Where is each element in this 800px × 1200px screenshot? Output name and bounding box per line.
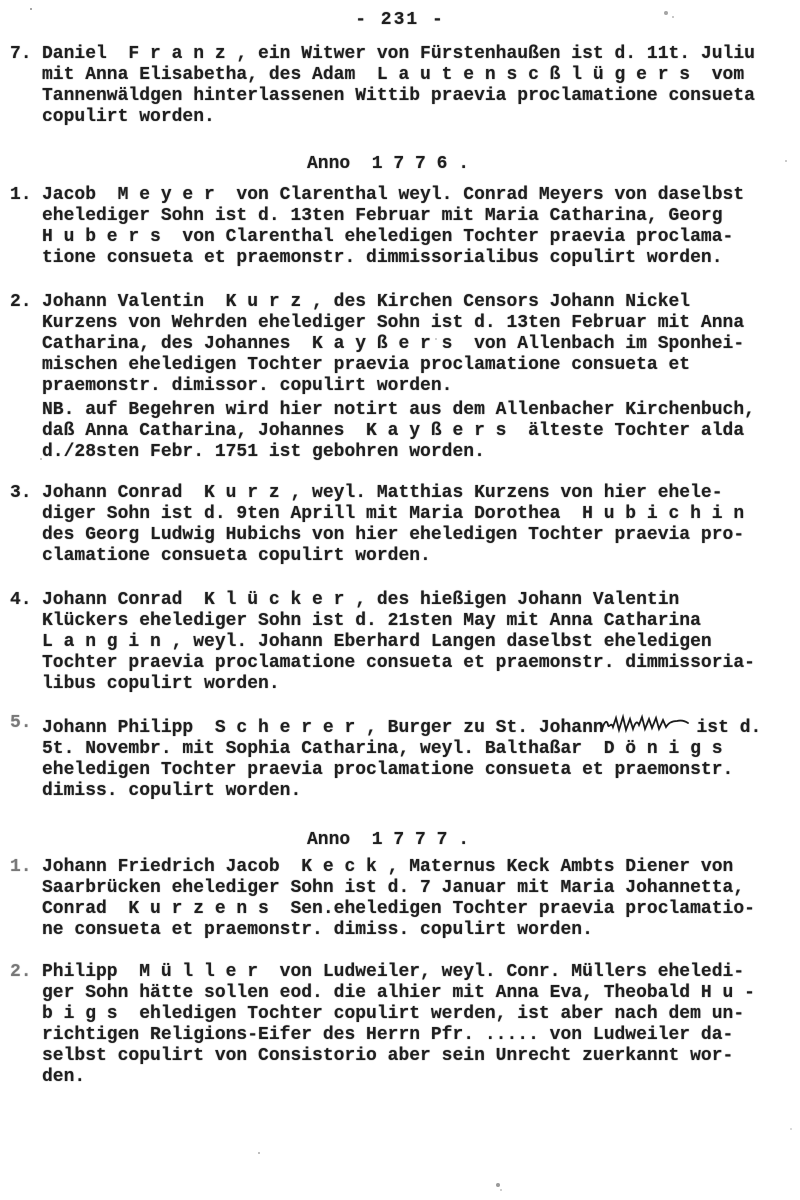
entry-line: Conrad K u r z e n s Sen.eheledigen Toch… [42,899,800,920]
entry-line: Tannenwäldgen hinterlassenen Wittib prae… [42,86,800,107]
entry-number: 2. [10,962,32,983]
nb-line: d./28sten Febr. 1751 ist gebohren worden… [42,442,800,463]
entry-line: H u b e r s von Clarenthal eheledigen To… [42,227,800,248]
entry-line: Jacob M e y e r von Clarenthal weyl. Con… [42,185,800,206]
entry-line: Johann Valentin K u r z , des Kirchen Ce… [42,292,800,313]
entry-line: copulirt worden. [42,107,800,128]
scanned-document-page: - 231 - 7. Daniel F r a n z , ein Witwer… [0,0,800,1200]
marriage-entry: 1. Johann Friedrich Jacob K e c k , Mate… [0,857,800,941]
entry-line: selbst copulirt von Consistorio aber sei… [42,1046,800,1067]
entry-number: 1. [10,185,32,206]
entry-number: 1. [10,857,32,878]
entry-line: praemonstr. dimissor. copulirt worden. [42,376,800,397]
entry-line: ne consueta et praemonstr. dimiss. copul… [42,920,800,941]
entry-line: Johann Conrad K l ü c k e r , des hießig… [42,590,800,611]
entry-line: Kurzens von Wehrden ehelediger Sohn ist … [42,313,800,334]
entry-line: Saarbrücken ehelediger Sohn ist d. 7 Jan… [42,878,800,899]
nb-line: daß Anna Catharina, Johannes K a y ß e r… [42,421,800,442]
entry-line: Klückers ehelediger Sohn ist d. 21sten M… [42,611,800,632]
entry-line: b i g s ehledigen Tochter copulirt werde… [42,1004,800,1025]
marriage-entry: 5. Johann Philipp S c h e r e r , Burger… [0,713,800,802]
entry-line: ger Sohn hätte sollen eod. die alhier mi… [42,983,800,1004]
marriage-entry: 7. Daniel F r a n z , ein Witwer von Für… [0,44,800,128]
scan-noise [30,8,32,10]
page-number: - 231 - [0,10,800,31]
entry-line: tione consueta et praemonstr. dimmissori… [42,248,800,269]
marriage-entry: 2. Johann Valentin K u r z , des Kirchen… [0,292,800,463]
nb-note: NB. auf Begehren wird hier notirt aus de… [42,400,800,463]
entry-line: ehelediger Sohn ist d. 13ten Februar mit… [42,206,800,227]
section-heading-anno-1777: Anno 1 7 7 7 . [0,830,788,851]
entry-line: clamatione consueta copulirt worden. [42,546,800,567]
marriage-entry: 2. Philipp M ü l l e r von Ludweiler, we… [0,962,800,1088]
entry-line-text: Johann Philipp S c h e r e r , Burger zu… [42,718,604,738]
entry-number: 2. [10,292,32,313]
entry-line-text: ist d. [686,718,762,738]
entry-number: 3. [10,483,32,504]
entry-line: Johann Conrad K u r z , weyl. Matthias K… [42,483,800,504]
entry-line: Daniel F r a n z , ein Witwer von Fürste… [42,44,800,65]
entry-line: den. [42,1067,800,1088]
marriage-entry: 1. Jacob M e y e r von Clarenthal weyl. … [0,185,800,269]
entry-line: 5t. Novembr. mit Sophia Catharina, weyl.… [42,739,800,760]
marriage-entry: 4. Johann Conrad K l ü c k e r , des hie… [0,590,800,695]
nb-line: NB. auf Begehren wird hier notirt aus de… [42,400,800,421]
entry-line: Catharina, des Johannes K a y ß e r s vo… [42,334,800,355]
entry-line: Johann Philipp S c h e r e r , Burger zu… [42,713,800,739]
entry-number: 4. [10,590,32,611]
entry-line: mischen eheledigen Tochter praevia procl… [42,355,800,376]
entry-line: dimiss. copulirt worden. [42,781,800,802]
entry-line: Tochter praevia proclamatione consueta e… [42,653,800,674]
entry-line: Johann Friedrich Jacob K e c k , Maternu… [42,857,800,878]
entry-line: Philipp M ü l l e r von Ludweiler, weyl.… [42,962,800,983]
entry-line: diger Sohn ist d. 9ten Aprill mit Maria … [42,504,800,525]
entry-number: 5. [10,713,32,734]
entry-line: richtigen Religions-Eifer des Herrn Pfr.… [42,1025,800,1046]
entry-line: eheledigen Tochter praevia proclamatione… [42,760,800,781]
entry-line: mit Anna Elisabetha, des Adam L a u t e … [42,65,800,86]
entry-line: libus copulirt worden. [42,674,800,695]
marriage-entry: 3. Johann Conrad K u r z , weyl. Matthia… [0,483,800,567]
entry-line: des Georg Ludwig Hubichs von hier eheled… [42,525,800,546]
entry-number: 7. [10,44,32,65]
entry-line: L a n g i n , weyl. Johann Eberhard Lang… [42,632,800,653]
section-heading-anno-1776: Anno 1 7 7 6 . [0,154,788,175]
handwritten-annotation [598,713,690,737]
